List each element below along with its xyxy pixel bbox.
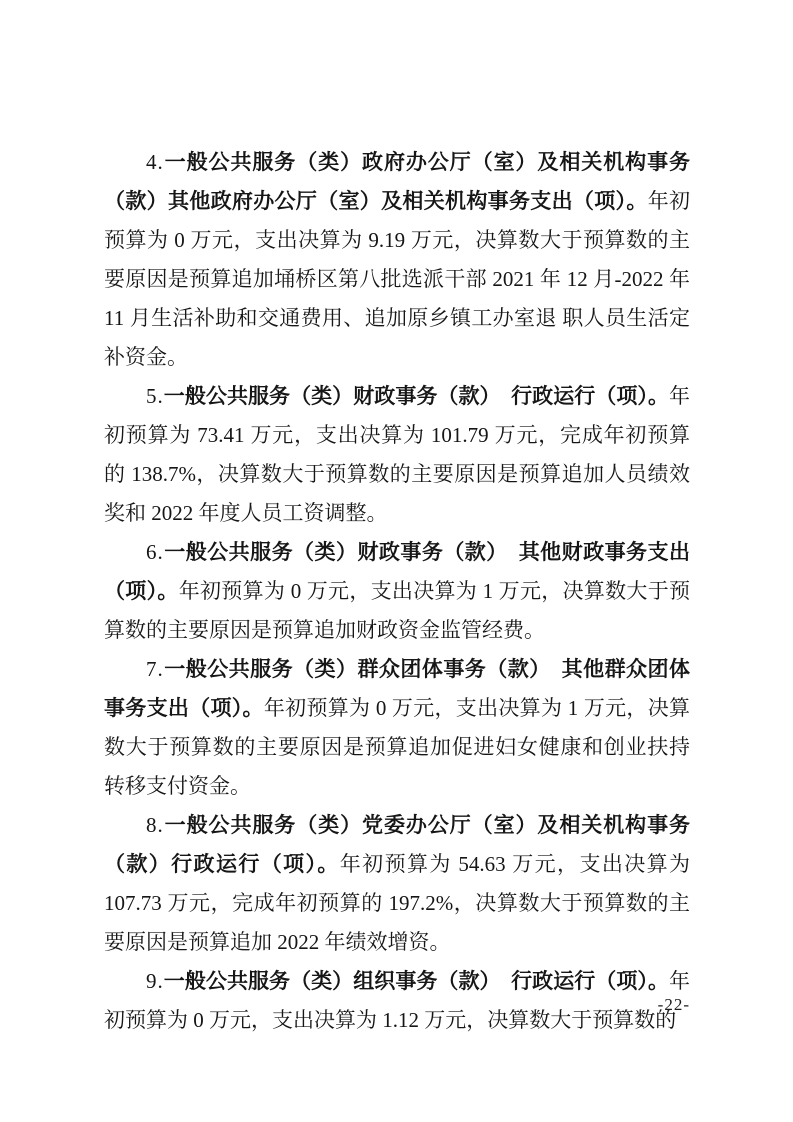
paragraph: 8.一般公共服务（类）党委办公厅（室）及相关机构事务（款）行政运行（项）。年初预… [104, 806, 690, 962]
paragraph-body: 年初预算为 0 万元，支出决算为 9.19 万元，决算数大于预算数的主要原因是预… [104, 189, 690, 369]
document-page: 4.一般公共服务（类）政府办公厅（室）及相关机构事务（款）其他政府办公厅（室）及… [0, 0, 793, 1122]
paragraph-number: 9. [146, 969, 164, 993]
paragraph-number: 4. [146, 150, 164, 174]
paragraph: 6.一般公共服务（类）财政事务（款） 其他财政事务支出（项）。年初预算为 0 万… [104, 533, 690, 650]
paragraph-number: 7. [146, 657, 164, 681]
paragraph-number: 8. [146, 813, 164, 837]
paragraph-number: 6. [146, 540, 164, 564]
page-number: -22- [104, 995, 690, 1015]
paragraph-heading: 一般公共服务（类）组织事务（款） 行政运行（项）。 [164, 969, 669, 993]
paragraph-body: 年初预算为 0 万元，支出决算为 1 万元，决算数大于预算数的主要原因是预算追加… [104, 579, 690, 642]
paragraph: 4.一般公共服务（类）政府办公厅（室）及相关机构事务（款）其他政府办公厅（室）及… [104, 143, 690, 377]
paragraph: 5.一般公共服务（类）财政事务（款） 行政运行（项）。年初预算为 73.41 万… [104, 377, 690, 533]
paragraph-heading: 一般公共服务（类）财政事务（款） 行政运行（项）。 [164, 384, 669, 408]
paragraph: 7.一般公共服务（类）群众团体事务（款） 其他群众团体事务支出（项）。年初预算为… [104, 650, 690, 806]
paragraph-list: 4.一般公共服务（类）政府办公厅（室）及相关机构事务（款）其他政府办公厅（室）及… [104, 143, 690, 1040]
paragraph-number: 5. [146, 384, 164, 408]
paragraph-heading: 一般公共服务（类）政府办公厅（室）及相关机构事务（款）其他政府办公厅（室）及相关… [104, 150, 690, 213]
